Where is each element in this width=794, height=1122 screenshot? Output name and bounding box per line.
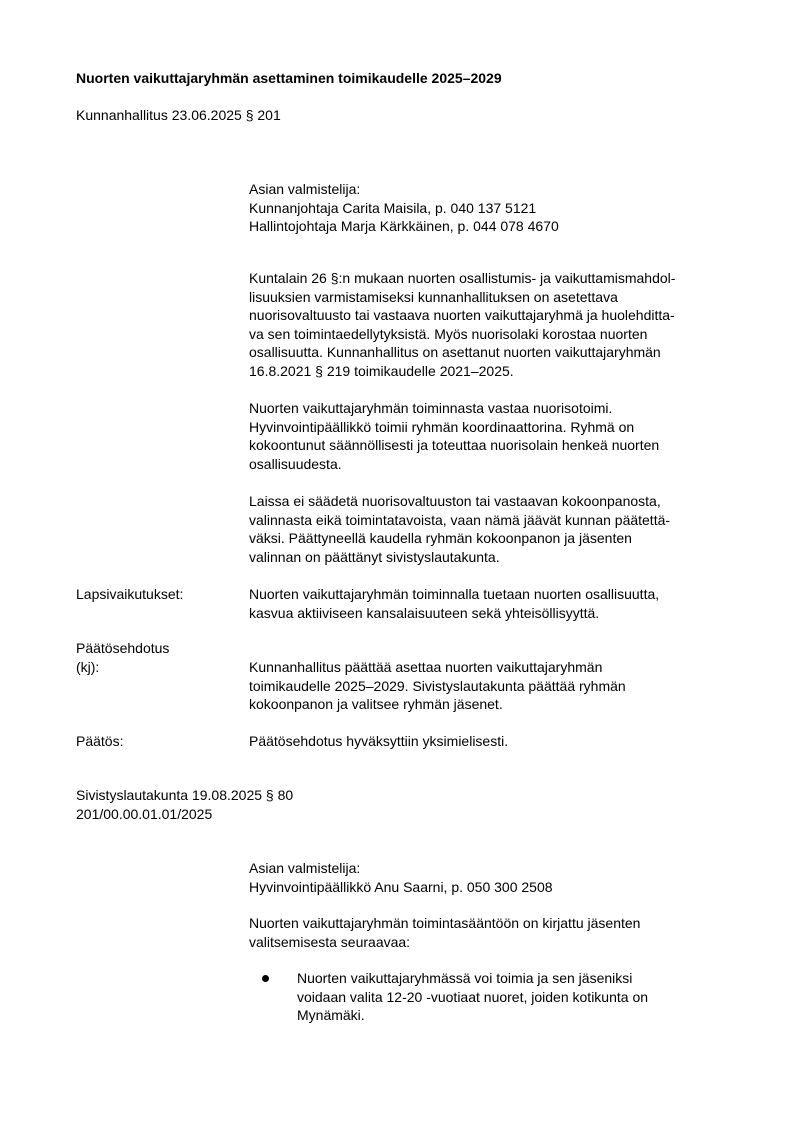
decision-label: Päätös: — [76, 732, 123, 751]
section2-preparers: Asian valmistelija: Hyvinvointipäällikkö… — [249, 859, 553, 896]
preparer: Kunnanjohtaja Carita Maisila, p. 040 137… — [249, 199, 559, 218]
preparers-label: Asian valmistelija: — [249, 859, 553, 878]
section1-heading: Kunnanhallitus 23.06.2025 § 201 — [76, 106, 281, 125]
text-line: toimikaudelle 2025–2029. Sivistyslautaku… — [249, 677, 626, 696]
section2-intro: Nuorten vaikuttajaryhmän toimintasääntöö… — [249, 914, 640, 951]
text-line: Hyvinvointipäällikkö toimii ryhmän koord… — [249, 418, 659, 437]
section2-heading: Sivistyslautakunta 19.08.2025 § 80 — [76, 786, 293, 805]
preparer: Hallintojohtaja Marja Kärkkäinen, p. 044… — [249, 217, 559, 236]
paragraph: Kuntalain 26 §:n mukaan nuorten osallist… — [249, 269, 675, 381]
text-line: kasvua aktiiviseen kansalaisuuteen sekä … — [249, 604, 659, 623]
child-impacts-text: Nuorten vaikuttajaryhmän toiminnalla tue… — [249, 585, 659, 622]
text-line: Päätösehdotus hyväksyttiin yksimielisest… — [249, 732, 508, 751]
text-line: Nuorten vaikuttajaryhmässä voi toimia ja… — [297, 969, 648, 988]
text-line: Nuorten vaikuttajaryhmän toiminnalla tue… — [249, 585, 659, 604]
text-line: va sen toimintaedellytyksistä. Myös nuor… — [249, 325, 675, 344]
document-title: Nuorten vaikuttajaryhmän asettaminen toi… — [76, 69, 502, 88]
proposal-label: Päätösehdotus (kj): — [76, 639, 169, 676]
section1-preparers: Asian valmistelija: Kunnanjohtaja Carita… — [249, 180, 559, 236]
text-line: 16.8.2021 § 219 toimikaudelle 2021–2025. — [249, 362, 675, 381]
list-item: Nuorten vaikuttajaryhmässä voi toimia ja… — [297, 969, 648, 1025]
text-line: osallisuutta. Kunnanhallitus on asettanu… — [249, 343, 675, 362]
preparer: Hyvinvointipäällikkö Anu Saarni, p. 050 … — [249, 878, 553, 897]
text-line: kokoontunut säännöllisesti ja toteuttaa … — [249, 436, 659, 455]
text-line: osallisuudesta. — [249, 455, 659, 474]
label-line: (kj): — [76, 658, 169, 677]
text-line: Kuntalain 26 §:n mukaan nuorten osallist… — [249, 269, 675, 288]
paragraph: Nuorten vaikuttajaryhmän toiminnasta vas… — [249, 399, 659, 473]
text-line: nuorisovaltuusto tai vastaava nuorten va… — [249, 306, 675, 325]
section2-reference: 201/00.00.01.01/2025 — [76, 805, 212, 824]
proposal-text: Kunnanhallitus päättää asettaa nuorten v… — [249, 658, 626, 714]
bullet-icon — [262, 975, 269, 982]
text-line: valinnan on päättänyt sivistyslautakunta… — [249, 548, 670, 567]
preparers-label: Asian valmistelija: — [249, 180, 559, 199]
text-line: Nuorten vaikuttajaryhmän toiminnasta vas… — [249, 399, 659, 418]
text-line: Mynämäki. — [297, 1006, 648, 1025]
label-line: Päätösehdotus — [76, 639, 169, 658]
text-line: valinnasta eikä toimintatavoista, vaan n… — [249, 511, 670, 530]
text-line: lisuuksien varmistamiseksi kunnanhallitu… — [249, 288, 675, 307]
text-line: väksi. Päättyneellä kaudella ryhmän koko… — [249, 529, 670, 548]
text-line: Laissa ei säädetä nuorisovaltuuston tai … — [249, 492, 670, 511]
paragraph: Laissa ei säädetä nuorisovaltuuston tai … — [249, 492, 670, 566]
text-line: Kunnanhallitus päättää asettaa nuorten v… — [249, 658, 626, 677]
decision-text: Päätösehdotus hyväksyttiin yksimielisest… — [249, 732, 508, 751]
text-line: voidaan valita 12-20 -vuotiaat nuoret, j… — [297, 988, 648, 1007]
text-line: valitsemisesta seuraavaa: — [249, 933, 640, 952]
text-line: Nuorten vaikuttajaryhmän toimintasääntöö… — [249, 914, 640, 933]
child-impacts-label: Lapsivaikutukset: — [76, 585, 183, 604]
text-line: kokoonpanon ja valitsee ryhmän jäsenet. — [249, 695, 626, 714]
